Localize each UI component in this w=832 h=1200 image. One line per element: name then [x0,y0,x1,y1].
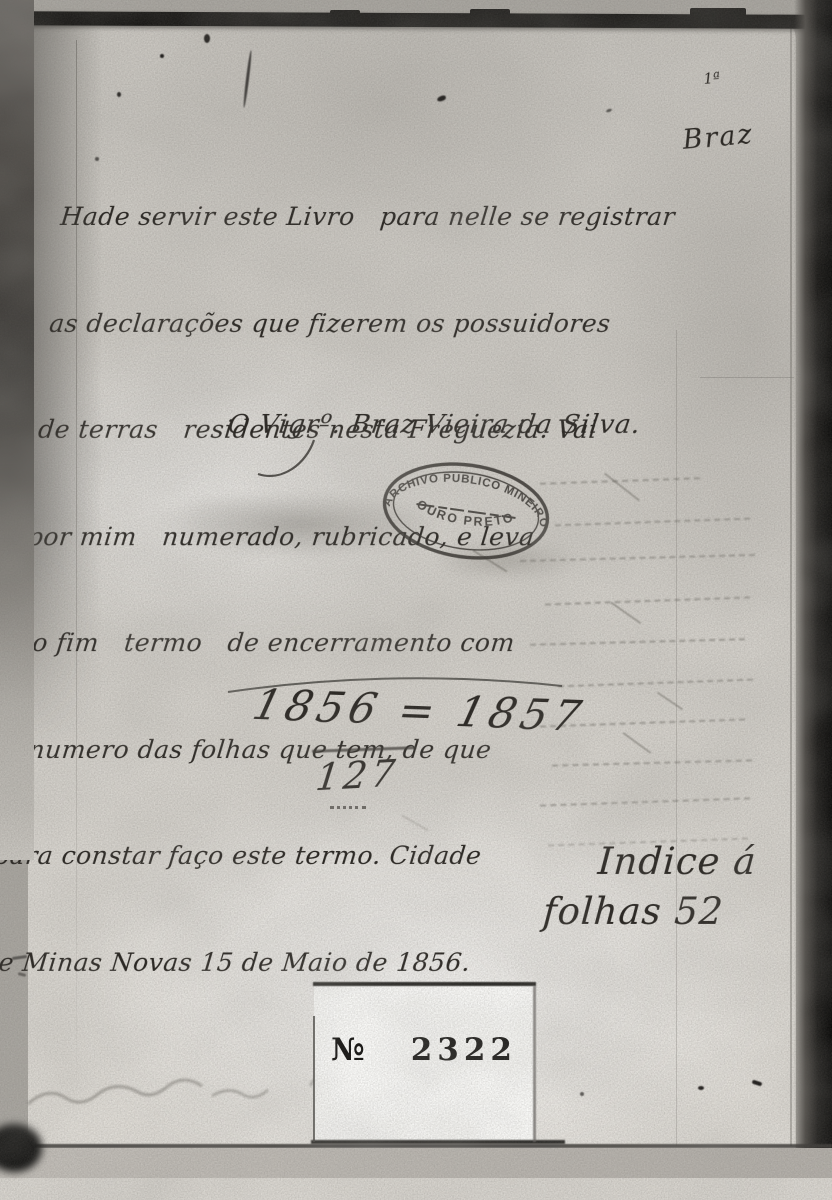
index-note-line1: Indice á [596,840,757,883]
scan-bottom-band [0,1148,832,1178]
scan-bottom-band-light [0,1178,832,1200]
ink-spot [117,92,121,97]
folio-mark: 1ª [703,65,750,89]
term-line: de Minas Novas 15 de Maio de 1856. [0,945,599,981]
index-note-line2: folhas 52 [541,890,725,933]
folio-rubric: 1ª Braz [673,25,758,191]
scan-top-edge-bump [330,10,360,16]
scan-top-edge-bump [470,9,510,16]
vicar-signature: O Vigrº. Braz Vieira da Silva. [226,410,643,440]
term-line: Hade servir este Livro para nelle se reg… [59,199,677,235]
term-line: no fim termo de encerramento com [14,625,632,661]
scanned-page: 1ª Braz Hade servir este Livro para nell… [0,0,832,1200]
ink-spot [580,1092,584,1096]
label-top-edge [313,982,536,986]
scan-top-edge-bump [690,8,746,16]
binding-edge-strip [0,0,34,860]
scan-right-edge [794,0,832,1156]
ink-spot [698,1086,704,1090]
ink-spot [160,54,164,58]
ink-spot [204,34,210,43]
shelf-number-underline [330,806,366,809]
crease-line [700,377,794,378]
label-number-line: №2322 [314,1032,534,1068]
page-edge-line [790,18,792,1146]
rubric-signature: Braz [682,125,755,151]
term-line: por mim numerado, rubricado, e leva [25,519,643,555]
term-line: as declarações que fizerem os possuidore… [48,306,666,342]
term-line: para constar faço este termo. Cidade [0,838,610,874]
shelf-number: 127 [313,752,401,800]
label-number-sign: № [331,1032,367,1068]
label-number: 2322 [411,1032,517,1068]
crease-line [676,330,677,1146]
